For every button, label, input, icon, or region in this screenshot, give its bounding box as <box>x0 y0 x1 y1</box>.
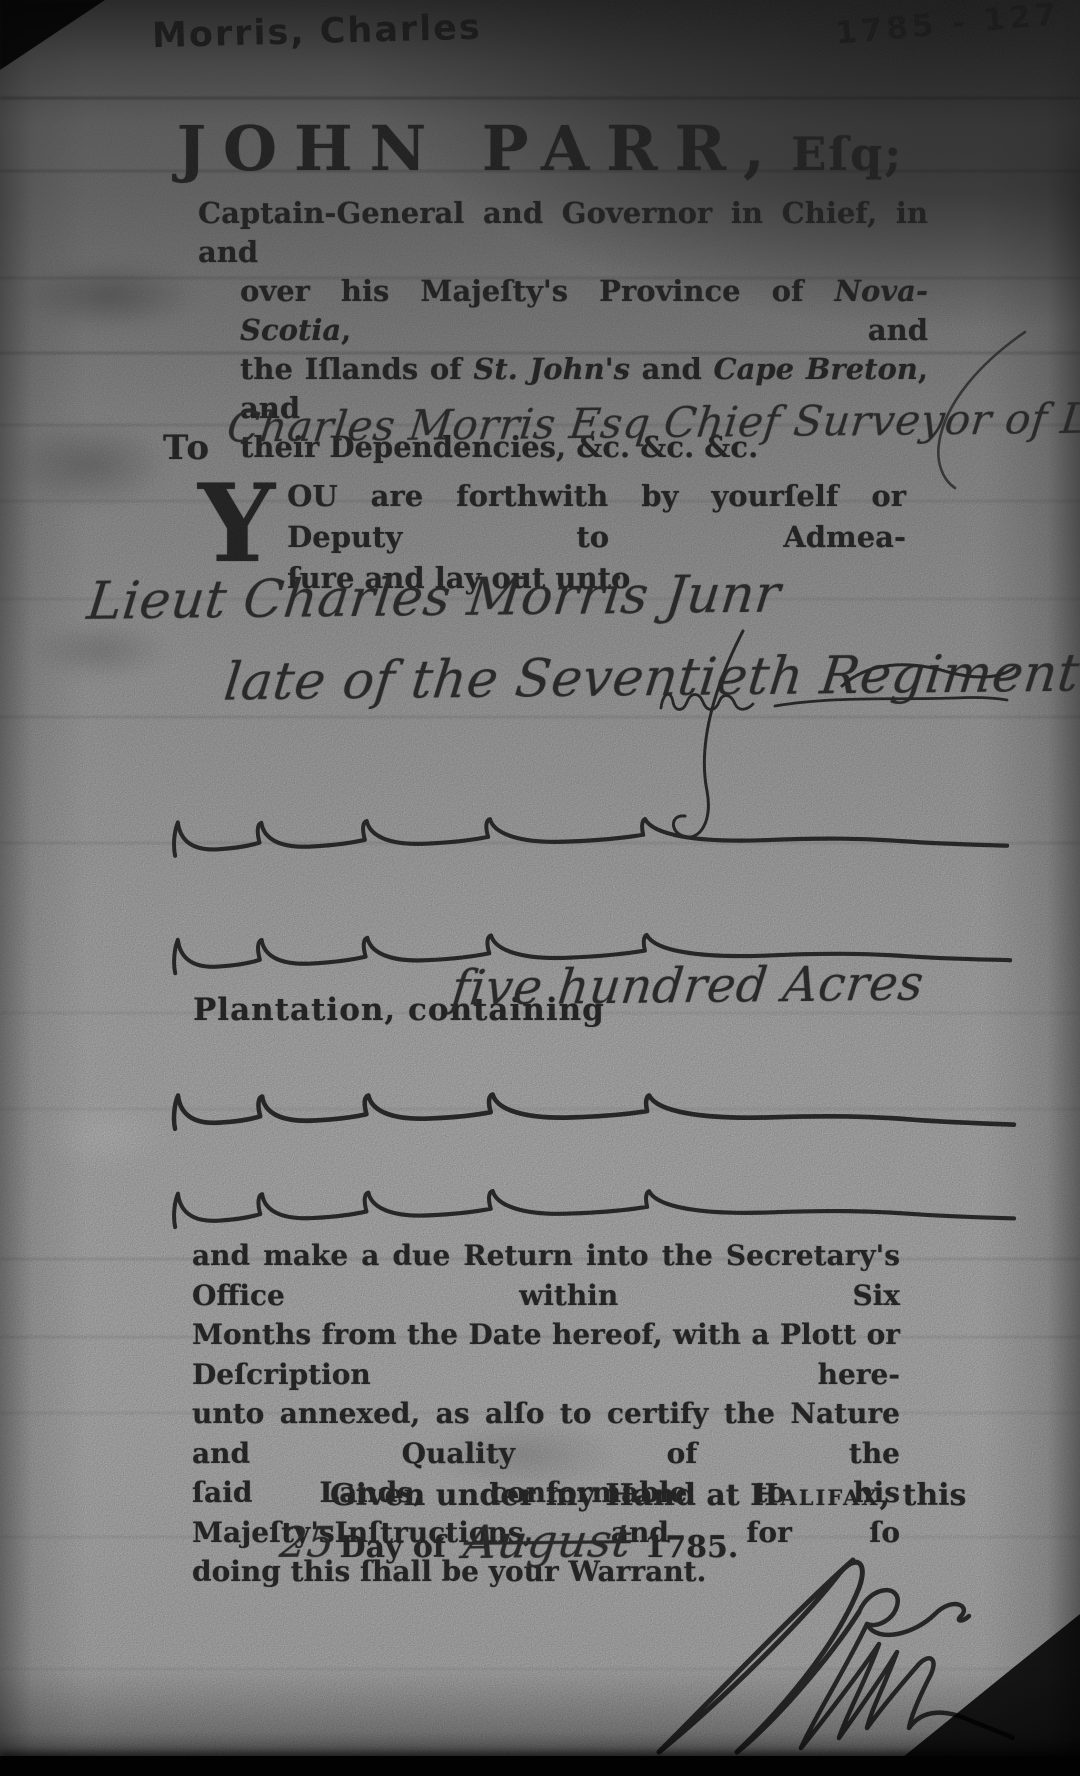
closing-this: this <box>892 1478 966 1513</box>
closing-month: August <box>461 1513 634 1569</box>
subtitle-line: over his Majeſty's Province of Nova-Scot… <box>240 272 928 350</box>
subtitle-line: Captain-General and Governor in Chief, i… <box>198 194 928 272</box>
closing-day: 25 <box>277 1518 337 1568</box>
closing-day-label: Day of <box>340 1530 457 1565</box>
fill-line-squiggle <box>168 1082 1020 1134</box>
closing-prefix: Given under my Hand at <box>330 1478 750 1513</box>
order-line: OU are forthwith by yourſelf or Deputy t… <box>198 476 906 558</box>
document-title: JOHN PARR, <box>177 112 782 185</box>
film-edge <box>0 1756 1080 1776</box>
return-clause-line: and make a due Return into the Secretary… <box>192 1236 900 1315</box>
return-clause-line: unto annexed, as alſo to certify the Nat… <box>192 1394 900 1473</box>
document-page: Morris, Charles 1785 - 127 JOHN PARR, Eſ… <box>0 0 1080 1776</box>
parr-signature <box>615 1552 1015 1767</box>
closing-line: Given under my Hand at Halifax, this <box>330 1478 966 1513</box>
fill-line-squiggle <box>168 1176 1020 1232</box>
light-spot <box>40 1100 170 1170</box>
addressee-handwritten: Charles Morris Esq Chief Surveyor of Lan… <box>225 393 1080 452</box>
ink-bleed-smudge <box>20 260 200 330</box>
pen-flourish-tail <box>838 652 1018 702</box>
grantee-name-line: Lieut Charles Morris Junr <box>84 564 783 631</box>
return-clause-line: Months from the Date hereof, with a Plot… <box>192 1315 900 1394</box>
corner-shadow <box>0 0 114 74</box>
annotation-file-number: 1785 - 127 <box>834 0 1062 52</box>
ink-bleed-smudge <box>10 420 170 510</box>
closing-place: Halifax, <box>750 1478 892 1513</box>
title-honorific: Eſq; <box>791 127 903 181</box>
rule-line <box>0 97 1080 99</box>
annotation-name: Morris, Charles <box>152 8 483 57</box>
fill-line-squiggle <box>168 803 1013 861</box>
plantation-amount-handwritten: five hundred Acres <box>449 956 927 1017</box>
dropcap-Y: Y <box>198 480 275 568</box>
document-title-row: JOHN PARR, Eſq; <box>0 112 1080 185</box>
